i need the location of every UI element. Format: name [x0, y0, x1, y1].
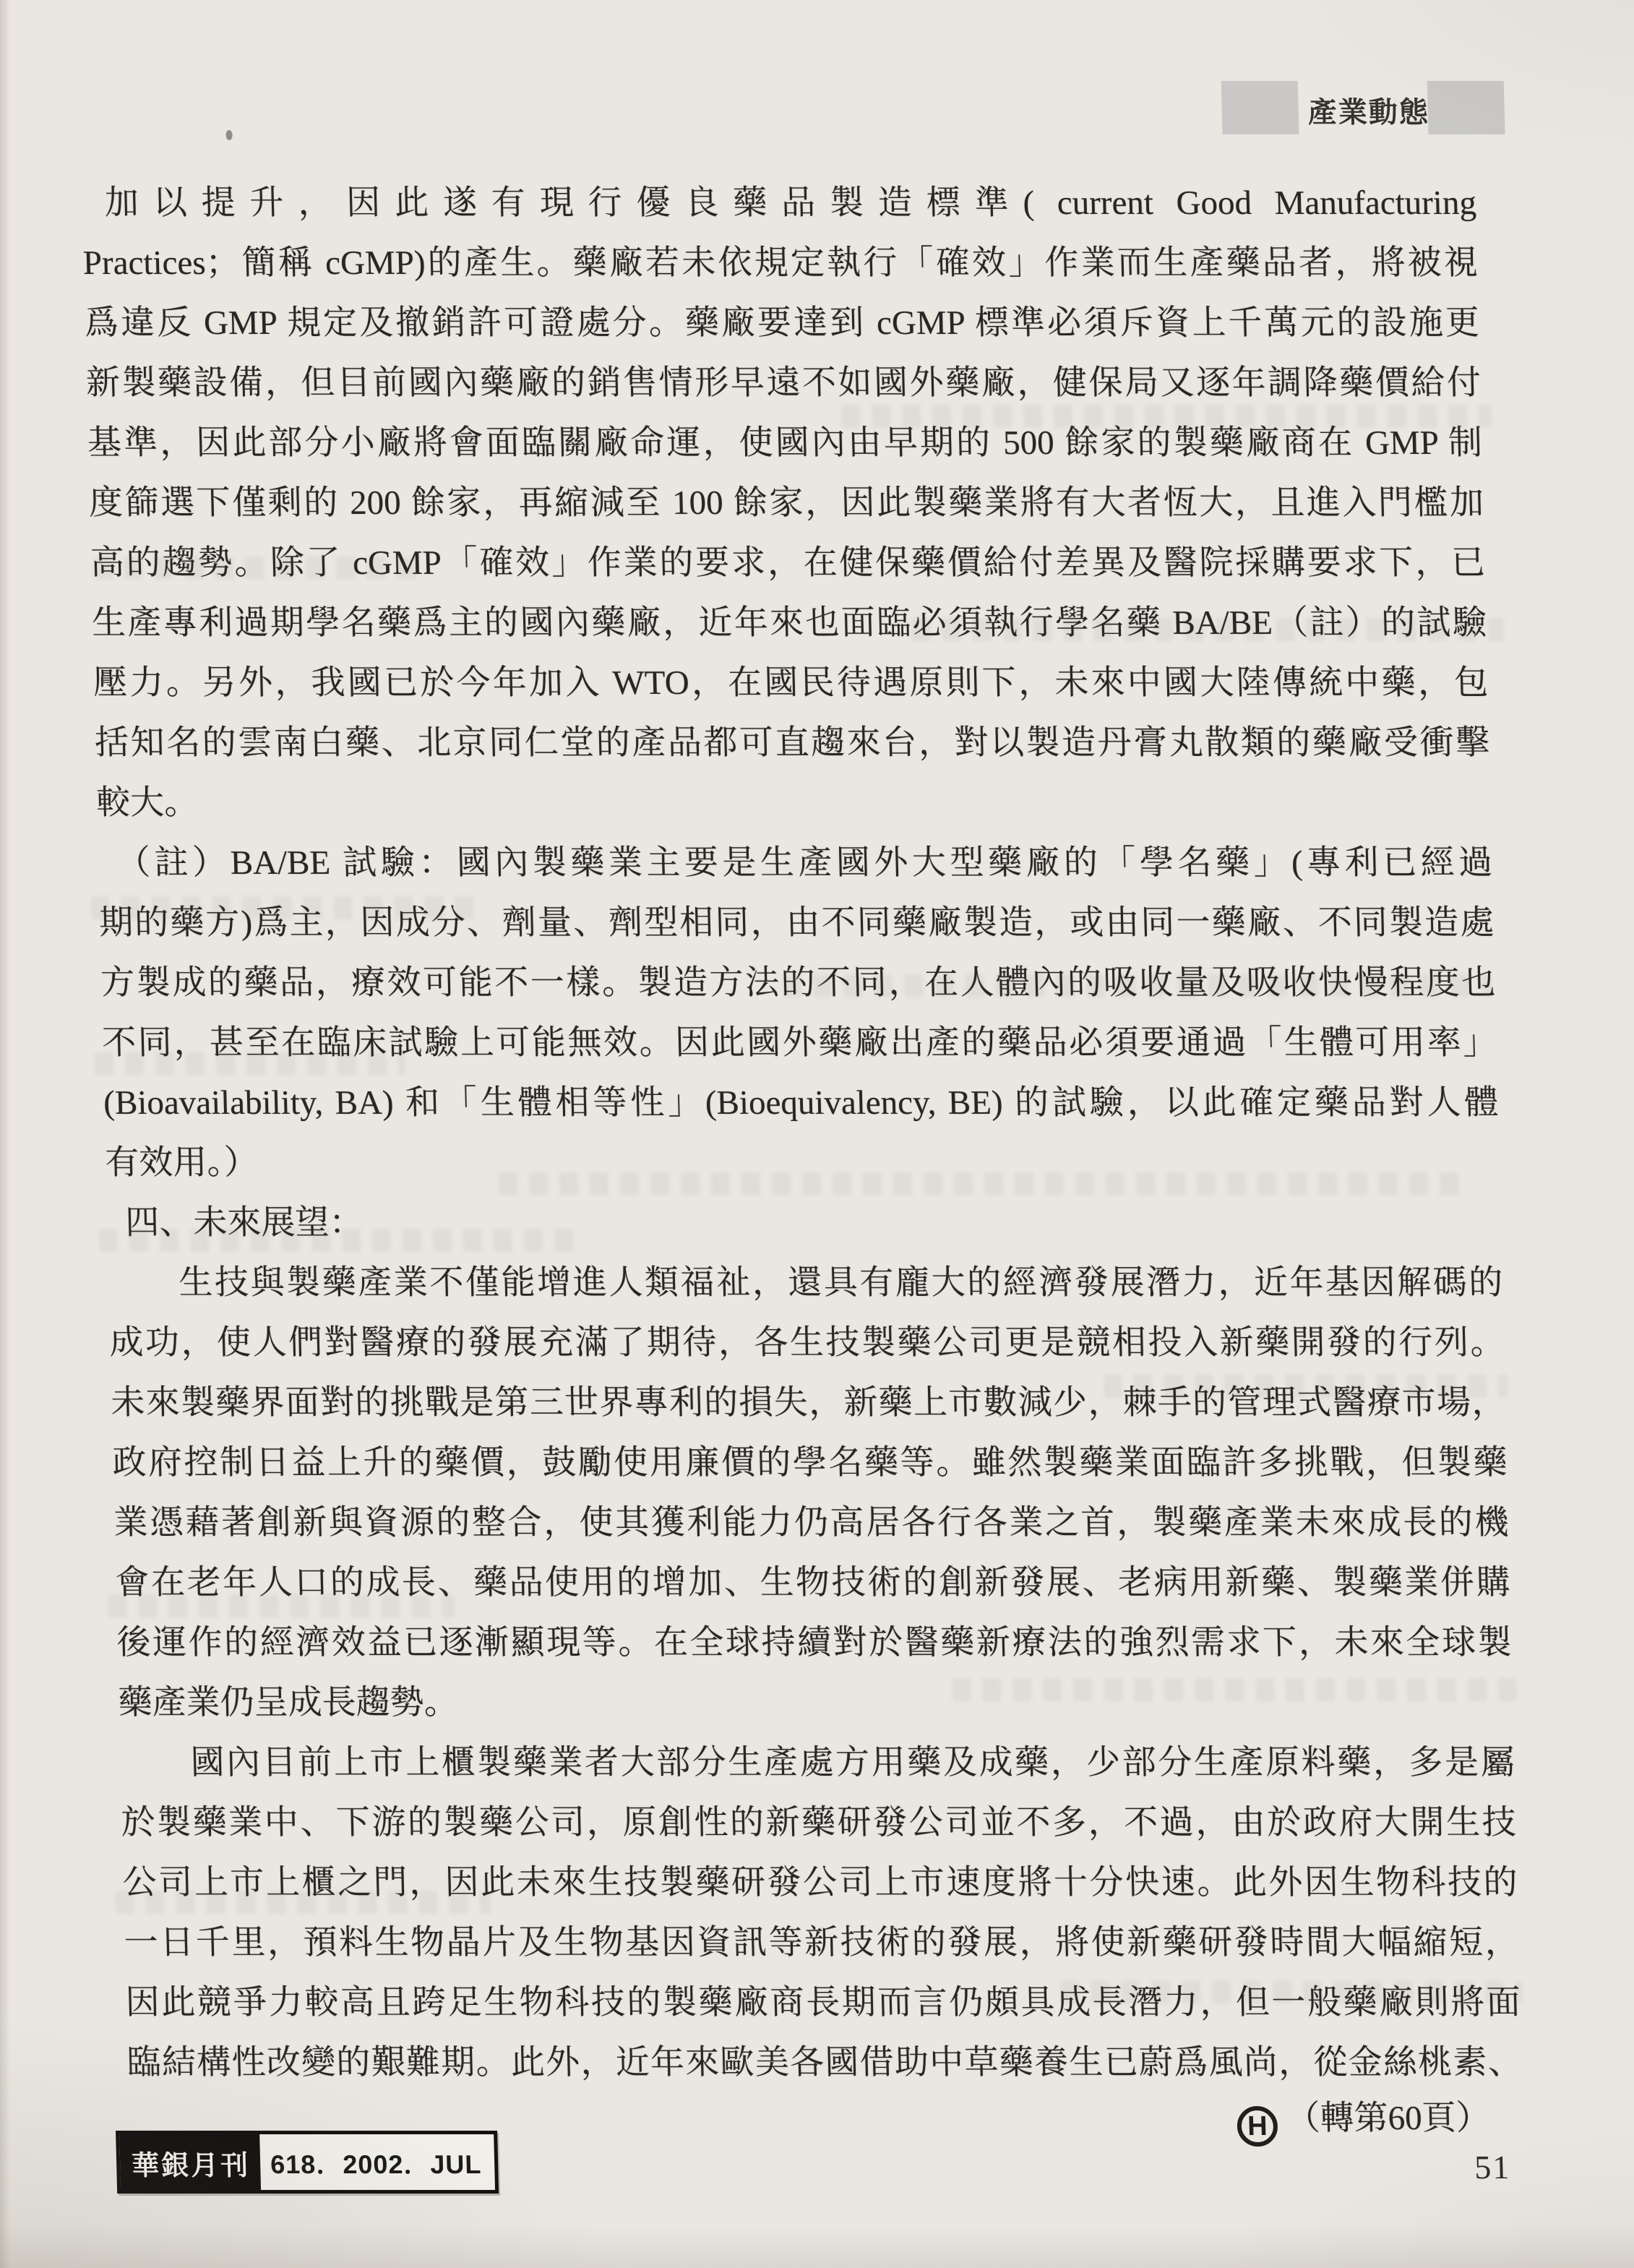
journal-title: 華銀月刊: [119, 2134, 261, 2190]
text-line: 業憑藉著創新與資源的整合，使其獲利能力仍高居各行各業之首，製藥產業未來成長的機: [113, 1493, 1509, 1553]
scan-speck: [225, 130, 232, 140]
text-line: 基準，因此部分小廠將會面臨關廠命運，使國內由早期的 500 餘家的製藥廠商在 G…: [87, 413, 1483, 473]
text-line: 度篩選下僅剩的 200 餘家，再縮減至 100 餘家，因此製藥業將有大者恆大，且…: [88, 473, 1484, 533]
text-line: 未來製藥界面對的挑戰是第三世界專利的損失，新藥上市數減少，棘手的管理式醫療市場，: [110, 1373, 1506, 1433]
text-line: 生技與製藥產業不僅能增進人類福祉，還具有龐大的經濟發展潛力，近年基因解碼的: [107, 1253, 1503, 1313]
text-line: 因此競爭力較高且跨足生物科技的製藥廠商長期而言仍頗具成長潛力，但一般藥廠則將面: [125, 1973, 1521, 2033]
text-line: 方製成的藥品，療效可能不一樣。製造方法的不同，在人體內的吸收量及吸收快慢程度也: [100, 953, 1496, 1013]
text-line: 爲違反 GMP 規定及撤銷許可證處分。藥廠要達到 cGMP 標準必須斥資上千萬元…: [84, 293, 1480, 353]
text-line: 成功，使人們對醫療的發展充滿了期待，各生技製藥公司更是競相投入新藥開發的行列。: [108, 1313, 1505, 1373]
text-line: 不同，甚至在臨床試驗上可能無效。因此國外藥廠出產的藥品必須要通過「生體可用率」: [101, 1013, 1497, 1073]
logo-letter: H: [1247, 2111, 1268, 2142]
text-line: 國內目前上市上櫃製藥業者大部分生產處方用藥及成藥，少部分生產原料藥，多是屬: [119, 1733, 1515, 1793]
journal-issue: 618．2002．JUL: [259, 2134, 495, 2190]
text-line: 生產專利過期學名藥爲主的國內藥廠，近年來也面臨必須執行學名藥 BA/BE（註）的…: [91, 593, 1487, 653]
text-line: 後運作的經濟效益已逐漸顯現等。在全球持續對於醫藥新療法的強烈需求下，未來全球製: [116, 1613, 1513, 1673]
text-line: 會在老年人口的成長、藥品使用的增加、生物技術的創新發展、老病用新藥、製藥業併購: [115, 1553, 1511, 1613]
text-line: 政府控制日益上升的藥價，鼓勵使用廉價的學名藥等。雖然製藥業面臨許多挑戰，但製藥: [111, 1433, 1508, 1493]
text-line: 新製藥設備，但目前國內藥廠的銷售情形早遠不如國外藥廠，健保局又逐年調降藥價給付: [85, 353, 1482, 413]
text-line: 較大。: [95, 773, 1492, 833]
huanan-bank-logo-icon: H: [1237, 2106, 1278, 2147]
header-gray-block-left: [1221, 81, 1299, 134]
article-body: 加以提升，因此遂有現行優良藥品製造標準( current Good Manufa…: [81, 173, 1524, 2149]
text-line: 期的藥方)爲主，因成分、劑量、劑型相同，由不同藥廠製造，或由同一藥廠、不同製造處: [98, 893, 1495, 953]
section-heading: 四、未來展望：: [106, 1193, 1502, 1253]
journal-footer: 華銀月刊 618．2002．JUL: [116, 2131, 499, 2194]
section-label: 產業動態: [1307, 90, 1429, 131]
scanned-journal-page: 產業動態 加以提升，因此遂有現行優良藥品製造標準( current Good M…: [0, 0, 1634, 2268]
text-line: 有效用。）: [104, 1133, 1500, 1193]
text-line: 壓力。另外，我國已於今年加入 WTO，在國民待遇原則下，未來中國大陸傳統中藥，包: [93, 653, 1489, 713]
text-line: 臨結構性改變的艱難期。此外，近年來歐美各國借助中草藥養生已蔚爲風尚，從金絲桃素、: [126, 2033, 1523, 2093]
page-number: 51: [1474, 2148, 1511, 2186]
text-line: 一日千里，預料生物晶片及生物基因資訊等新技術的發展，將使新藥研發時間大幅縮短，: [124, 1913, 1520, 1973]
text-line: 高的趨勢。除了 cGMP「確效」作業的要求，在健保藥價給付差異及醫院採購要求下，…: [90, 533, 1486, 593]
text-line: 公司上市上櫃之門，因此未來生技製藥研發公司上市速度將十分快速。此外因生物科技的: [122, 1853, 1518, 1913]
text-line: Practices；簡稱 cGMP)的產生。藥廠若未依規定執行「確效」作業而生產…: [82, 233, 1479, 293]
continuation-text: （轉第60頁）: [1286, 2100, 1490, 2137]
text-line: (Bioavailability, BA) 和「生體相等性」(Bioequiva…: [103, 1073, 1499, 1133]
text-line: （註）BA/BE 試驗：國內製藥業主要是生產國外大型藥廠的「學名藥」(專利已經過: [97, 833, 1493, 893]
text-line: 於製藥業中、下游的製藥公司，原創性的新藥研發公司並不多，不過，由於政府大開生技: [121, 1793, 1517, 1853]
page-sheet: 產業動態 加以提升，因此遂有現行優良藥品製造標準( current Good M…: [0, 0, 1634, 2268]
text-line: 加以提升，因此遂有現行優良藥品製造標準( current Good Manufa…: [81, 173, 1477, 233]
text-line: 括知名的雲南白藥、北京同仁堂的產品都可直趨來台，對以製造丹膏丸散類的藥廠受衝擊: [94, 713, 1490, 773]
header-gray-block-right: [1427, 81, 1505, 134]
text-line: 藥產業仍呈成長趨勢。: [118, 1673, 1514, 1733]
